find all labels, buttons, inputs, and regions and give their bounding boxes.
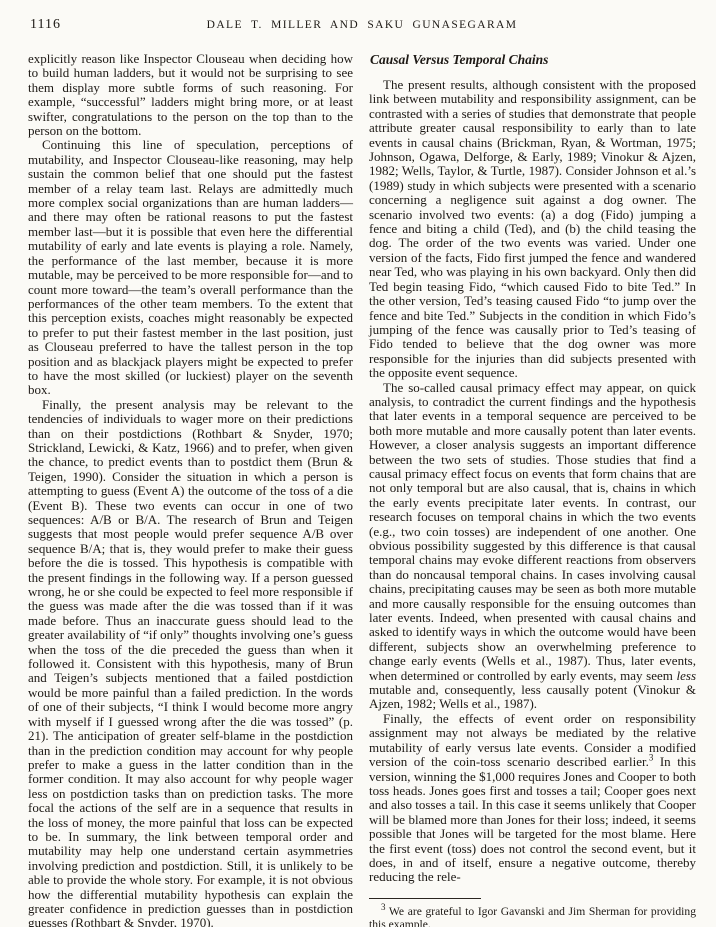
right-column: Causal Versus Temporal Chains The presen… <box>369 52 696 927</box>
paragraph: Finally, the present analysis may be rel… <box>28 398 353 927</box>
paragraph: Continuing this line of speculation, per… <box>28 138 353 397</box>
left-column: explicitly reason like Inspector Clousea… <box>28 52 353 927</box>
paragraph: Finally, the effects of event order on r… <box>369 712 696 885</box>
footnote-text: We are grateful to Igor Gavanski and Jim… <box>369 905 696 927</box>
paper-page: 1116 DALE T. MILLER AND SAKU GUNASEGARAM… <box>0 0 716 927</box>
page-header: 1116 DALE T. MILLER AND SAKU GUNASEGARAM <box>28 16 696 36</box>
running-head: DALE T. MILLER AND SAKU GUNASEGARAM <box>28 16 696 31</box>
paragraph: explicitly reason like Inspector Clousea… <box>28 52 353 138</box>
footnote-rule <box>369 898 481 899</box>
section-heading: Causal Versus Temporal Chains <box>370 52 696 68</box>
right-column-paragraphs: The present results, although consistent… <box>369 78 696 885</box>
footnote: 3 We are grateful to Igor Gavanski and J… <box>369 905 696 927</box>
paragraph: The present results, although consistent… <box>369 78 696 381</box>
paragraph: The so-called causal primacy effect may … <box>369 381 696 712</box>
two-column-body: explicitly reason like Inspector Clousea… <box>28 52 696 927</box>
page-number: 1116 <box>30 17 61 33</box>
